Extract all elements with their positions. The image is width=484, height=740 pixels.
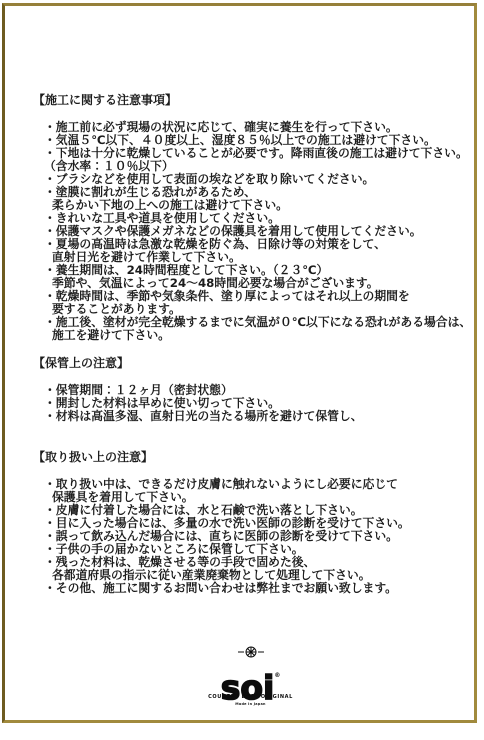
text-line: ・材料は高温多湿、直射日光の当たる場所を避けて保管し、: [44, 410, 468, 423]
text-line: 施工を避けて下さい。: [52, 329, 468, 342]
text-line: ・その他、施工に関するお問い合わせは弊社までお願い致します。: [44, 582, 468, 595]
section-lines: ・取り扱い中は、できるだけ皮膚に触れないようにし必要に応じて保護具を着用して下さ…: [33, 478, 468, 595]
brand-logo: soi® COUNTRY BASE ORIGINAL Made in Japan: [33, 645, 468, 706]
section-heading: 【取り扱い上の注意】: [33, 451, 468, 464]
document-page: 【施工に関する注意事項】 ・施工前に必ず現場の状況に応じて、確実に養生を行って下…: [2, 3, 477, 723]
document-content: 【施工に関する注意事項】 ・施工前に必ず現場の状況に応じて、確実に養生を行って下…: [5, 6, 474, 706]
section-lines: ・保管期間：１２ヶ月（密封状態）・開封した材料は早めに使い切って下さい。・材料は…: [33, 384, 468, 423]
section-lines: ・施工前に必ず現場の状況に応じて、確実に養生を行って下さい。・気温５℃以下、４０…: [33, 121, 468, 342]
section-heading: 【保管上の注意】: [33, 357, 468, 370]
brand-wordmark-row: soi®: [33, 660, 468, 692]
registered-trademark-mark: ®: [274, 672, 280, 679]
document-sections: 【施工に関する注意事項】 ・施工前に必ず現場の状況に応じて、確実に養生を行って下…: [33, 94, 468, 595]
document-section: 【取り扱い上の注意】 ・取り扱い中は、できるだけ皮膚に触れないようにし必要に応じ…: [33, 451, 468, 595]
document-section: 【保管上の注意】 ・保管期間：１２ヶ月（密封状態）・開封した材料は早めに使い切っ…: [33, 357, 468, 423]
document-section: 【施工に関する注意事項】 ・施工前に必ず現場の状況に応じて、確実に養生を行って下…: [33, 94, 468, 342]
brand-subline: Made in Japan: [66, 701, 436, 705]
brand-tagline: COUNTRY BASE ORIGINAL: [33, 694, 468, 700]
section-heading: 【施工に関する注意事項】: [33, 94, 468, 107]
soi-crest-icon: [33, 645, 468, 659]
